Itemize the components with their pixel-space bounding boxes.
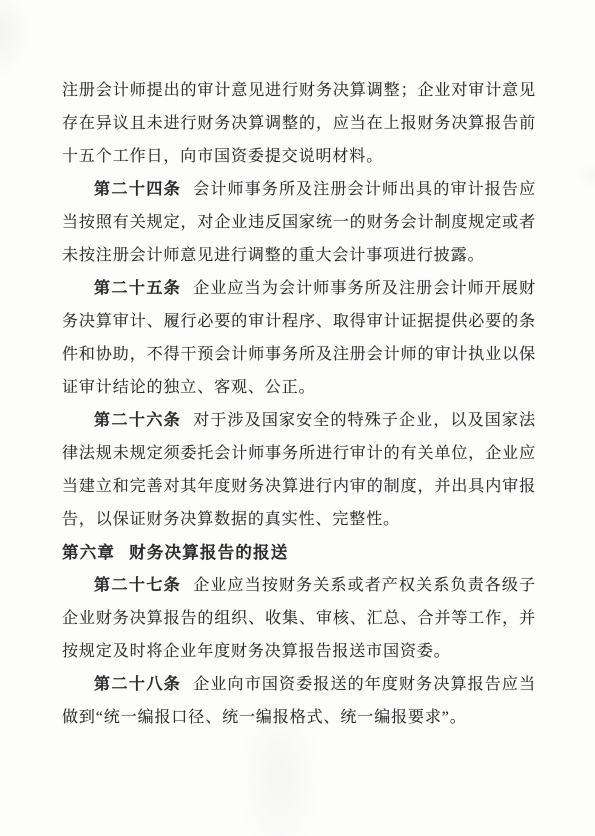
article-28: 第二十八条企业向市国资委报送的年度财务决算报告应当做到“统一编报口径、统一编报格… xyxy=(62,668,536,734)
document-body: 注册会计师提出的审计意见进行财务决算调整；企业对审计意见存在异议且未进行财务决算… xyxy=(62,74,536,734)
chapter-title: 财务决算报告的报送 xyxy=(129,543,288,562)
article-26-text: 对于涉及国家安全的特殊子企业，以及国家法律法规未规定须委托会计师事务所进行审计的… xyxy=(62,412,536,528)
article-28-number: 第二十八条 xyxy=(94,676,181,693)
article-25: 第二十五条企业应当为会计师事务所及注册会计师开展财务决算审计、履行必要的审计程序… xyxy=(62,272,536,404)
article-25-text: 企业应当为会计师事务所及注册会计师开展财务决算审计、履行必要的审计程序、取得审计… xyxy=(62,280,536,396)
article-27: 第二十七条企业应当按财务关系或者产权关系负责各级子企业财务决算报告的组织、收集、… xyxy=(62,569,536,668)
document-page: 注册会计师提出的审计意见进行财务决算调整；企业对审计意见存在异议且未进行财务决算… xyxy=(0,0,595,836)
chapter-number: 第六章 xyxy=(62,543,115,562)
chapter-heading: 第六章财务决算报告的报送 xyxy=(62,536,536,569)
article-25-number: 第二十五条 xyxy=(94,280,181,297)
paragraph-continuation: 注册会计师提出的审计意见进行财务决算调整；企业对审计意见存在异议且未进行财务决算… xyxy=(62,74,536,173)
article-26-number: 第二十六条 xyxy=(94,412,181,429)
article-24-number: 第二十四条 xyxy=(94,181,181,198)
article-24: 第二十四条会计师事务所及注册会计师出具的审计报告应当按照有关规定，对企业违反国家… xyxy=(62,173,536,272)
article-27-number: 第二十七条 xyxy=(94,577,181,594)
article-26: 第二十六条对于涉及国家安全的特殊子企业，以及国家法律法规未规定须委托会计师事务所… xyxy=(62,404,536,536)
